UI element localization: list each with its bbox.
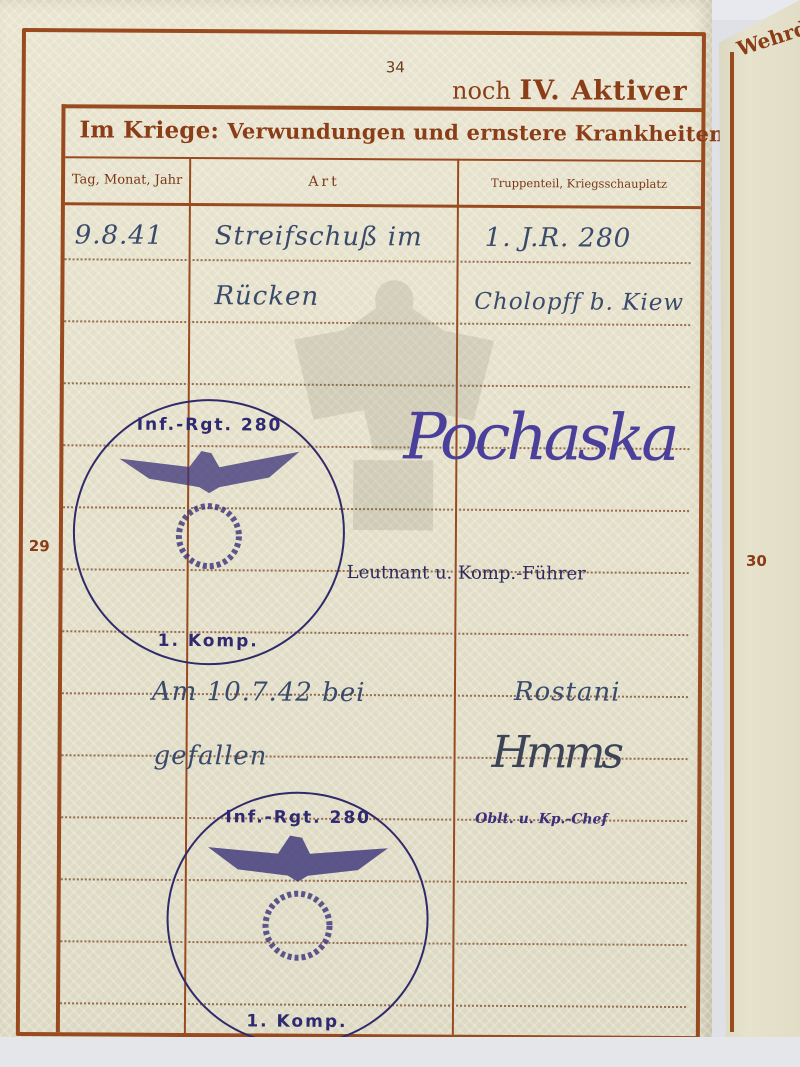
entry2-unit-line1: Rostani bbox=[514, 677, 621, 708]
eagle-icon bbox=[207, 813, 388, 964]
table-title: Im Kriege: Verwundungen und ernstere Kra… bbox=[79, 116, 724, 147]
unit-stamp: Inf.-Rgt. 280 1. Komp. bbox=[166, 791, 430, 1047]
signature-1-title: Leutnant u. Komp.-Führer bbox=[347, 562, 586, 584]
right-page-frame bbox=[730, 52, 800, 1032]
eagle-icon bbox=[119, 430, 300, 571]
signature-2: Hmms bbox=[491, 727, 620, 779]
unit-stamp: Inf.-Rgt. 280 1. Komp. bbox=[72, 398, 346, 666]
signature-2-title: Oblt. u. Kp.-Chef bbox=[475, 811, 607, 828]
column-header-date: Tag, Monat, Jahr bbox=[65, 158, 189, 203]
stamp-bottom-text: 1. Komp. bbox=[168, 1011, 426, 1033]
entry-art-line1: Streifschuß im bbox=[215, 221, 423, 252]
row-line bbox=[65, 258, 691, 264]
column-header-unit: Truppenteil, Kriegsschauplatz bbox=[459, 161, 699, 206]
left-margin-number: 29 bbox=[29, 537, 50, 555]
section-heading-text: IV. Aktiver bbox=[519, 75, 687, 107]
entry-date: 9.8.41 bbox=[75, 220, 164, 251]
table-title-prefix: Im Kriege: bbox=[79, 116, 219, 144]
section-heading: noch IV. Aktiver bbox=[452, 75, 688, 107]
entry2-art-line2: gefallen bbox=[153, 741, 267, 772]
table-header-row: Tag, Monat, Jahr Art Truppenteil, Kriegs… bbox=[65, 156, 701, 209]
page-number: 34 bbox=[386, 58, 405, 76]
page-frame: 34 noch IV. Aktiver 29 Im Kriege: Verwun… bbox=[16, 28, 706, 1040]
table-title-text: Verwundungen und ernstere Krankheiten bbox=[227, 118, 724, 146]
entry-unit-line1: 1. J.R. 280 bbox=[485, 223, 632, 254]
table-area: Im Kriege: Verwundungen und ernstere Kra… bbox=[56, 104, 702, 1036]
column-header-art: Art bbox=[191, 159, 457, 205]
entry-unit-line2: Cholopff b. Kiew bbox=[474, 289, 684, 316]
background-bottom bbox=[0, 1037, 800, 1067]
right-margin-number: 30 bbox=[746, 552, 767, 570]
entry2-art-line1: Am 10.7.42 bei bbox=[152, 677, 366, 708]
left-page: 34 noch IV. Aktiver 29 Im Kriege: Verwun… bbox=[0, 0, 712, 1067]
section-heading-prefix: noch bbox=[452, 77, 511, 105]
entry-art-line2: Rücken bbox=[214, 281, 319, 312]
stamp-bottom-text: 1. Komp. bbox=[74, 630, 342, 652]
signature-1: Pochaska bbox=[403, 400, 675, 476]
